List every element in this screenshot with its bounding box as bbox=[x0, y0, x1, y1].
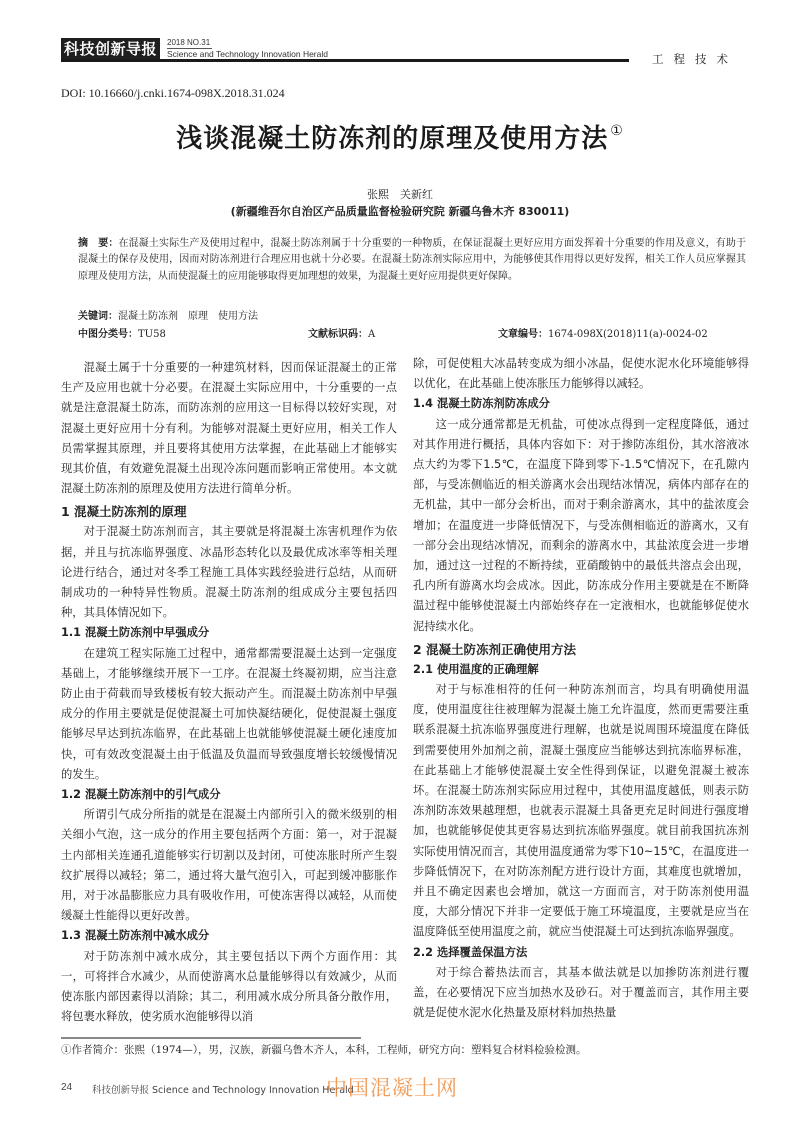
journal-brand-block: 科技创新导报 bbox=[61, 38, 160, 60]
keywords: 关键词：混凝土防冻剂 原理 使用方法 bbox=[78, 307, 258, 322]
left-column: 混凝土属于十分重要的一种建筑材料，因而保证混凝土的正常生产及应用也就十分必要。在… bbox=[61, 358, 397, 1028]
title-text: 浅谈混凝土防冻剂的原理及使用方法 bbox=[176, 124, 608, 154]
doc-code-label: 文献标识码： bbox=[308, 329, 368, 340]
page-number: 24 bbox=[61, 1082, 72, 1093]
title-footnote-marker: ① bbox=[610, 123, 624, 139]
affiliation: (新疆维吾尔自治区产品质量监督检验研究院 新疆乌鲁木齐 830011) bbox=[0, 203, 800, 219]
clc-code: 中图分类号：TU58 bbox=[78, 325, 166, 340]
section-2-2-heading: 2.2 选择覆盖保温方法 bbox=[413, 943, 749, 963]
section-1-3-paragraph: 对于防冻剂中减水成分，其主要包括以下两个方面作用：其一，可将拌合水减少，从而使游… bbox=[61, 947, 397, 1028]
right-column: 除，可促使粗大冰晶转变成为细小冰晶，促使水泥水化环境能够得以优化，在此基础上使冻… bbox=[413, 354, 749, 1024]
clc-value: TU58 bbox=[138, 329, 166, 340]
section-1-1-paragraph: 在建筑工程实际施工过程中，通常都需要混凝土达到一定强度基础上，才能够继续开展下一… bbox=[61, 644, 397, 785]
keywords-label: 关键词： bbox=[78, 311, 118, 322]
section-2-1-paragraph: 对于与标准相符的任何一种防冻剂而言，均具有明确使用温度，使用温度往往被理解为混凝… bbox=[413, 680, 749, 943]
abstract-label: 摘 要： bbox=[78, 238, 119, 249]
section-1-heading: 1 混凝土防冻剂的原理 bbox=[61, 501, 397, 522]
section-1-1-heading: 1.1 混凝土防冻剂中早强成分 bbox=[61, 623, 397, 643]
section-1-3-paragraph-continued: 除，可促使粗大冰晶转变成为细小冰晶，促使水泥水化环境能够得以优化，在此基础上使冻… bbox=[413, 354, 749, 394]
issue-number: 2018 NO.31 bbox=[167, 38, 212, 49]
authors: 张熙 关新红 bbox=[0, 186, 800, 202]
footer-journal-name: 科技创新导报 Science and Technology Innovation… bbox=[92, 1082, 354, 1096]
classification-row: 中图分类号：TU58 文献标识码：A 文章编号：1674-098X(2018)1… bbox=[78, 325, 746, 341]
footnote-rule bbox=[61, 1037, 361, 1039]
section-1-2-heading: 1.2 混凝土防冻剂中的引气成分 bbox=[61, 785, 397, 805]
section-label: 工程技术 bbox=[652, 51, 738, 67]
clc-label: 中图分类号： bbox=[78, 329, 138, 340]
article-number: 文章编号：1674-098X(2018)11(a)-0024-02 bbox=[498, 325, 708, 340]
watermark: 中国混凝土网 bbox=[326, 1072, 458, 1102]
section-2-1-heading: 2.1 使用温度的正确理解 bbox=[413, 660, 749, 680]
header-rule bbox=[61, 59, 629, 62]
section-1-4-paragraph: 这一成分通常都是无机盐，可使冰点得到一定程度降低，通过对其作用进行概括，具体内容… bbox=[413, 415, 749, 637]
doi: DOI: 10.16660/j.cnki.1674-098X.2018.31.0… bbox=[61, 86, 285, 101]
author-footnote: ①作者简介：张熙（1974—），男，汉族，新疆乌鲁木齐人，本科，工程师，研究方向… bbox=[61, 1042, 586, 1057]
keywords-text: 混凝土防冻剂 原理 使用方法 bbox=[118, 311, 258, 322]
article-number-value: 1674-098X(2018)11(a)-0024-02 bbox=[548, 329, 708, 340]
section-1-3-heading: 1.3 混凝土防冻剂中减水成分 bbox=[61, 926, 397, 946]
section-1-4-heading: 1.4 混凝土防冻剂防冻成分 bbox=[413, 394, 749, 414]
abstract-text: 在混凝土实际生产及使用过程中，混凝土防冻剂属于十分重要的一种物质，在保证混凝土更… bbox=[78, 238, 746, 282]
doc-code-value: A bbox=[368, 329, 375, 340]
abstract: 摘 要：在混凝土实际生产及使用过程中，混凝土防冻剂属于十分重要的一种物质，在保证… bbox=[78, 236, 746, 285]
section-1-paragraph: 对于混凝土防冻剂而言，其主要就是将混凝土冻害机理作为依据，并且与抗冻临界强度、冰… bbox=[61, 522, 397, 623]
doc-code: 文献标识码：A bbox=[308, 325, 375, 340]
section-2-2-paragraph: 对于综合蓄热法而言，其基本做法就是以加掺防冻剂进行覆盖，在必要情况下应当加热水及… bbox=[413, 963, 749, 1024]
article-number-label: 文章编号： bbox=[498, 329, 548, 340]
article-title: 浅谈混凝土防冻剂的原理及使用方法① bbox=[0, 118, 800, 155]
section-2-heading: 2 混凝土防冻剂正确使用方法 bbox=[413, 639, 749, 660]
intro-paragraph: 混凝土属于十分重要的一种建筑材料，因而保证混凝土的正常生产及应用也就十分必要。在… bbox=[61, 358, 397, 499]
section-1-2-paragraph: 所谓引气成分所指的就是在混凝土内部所引入的微米级别的相关细小气泡，这一成分的作用… bbox=[61, 805, 397, 926]
